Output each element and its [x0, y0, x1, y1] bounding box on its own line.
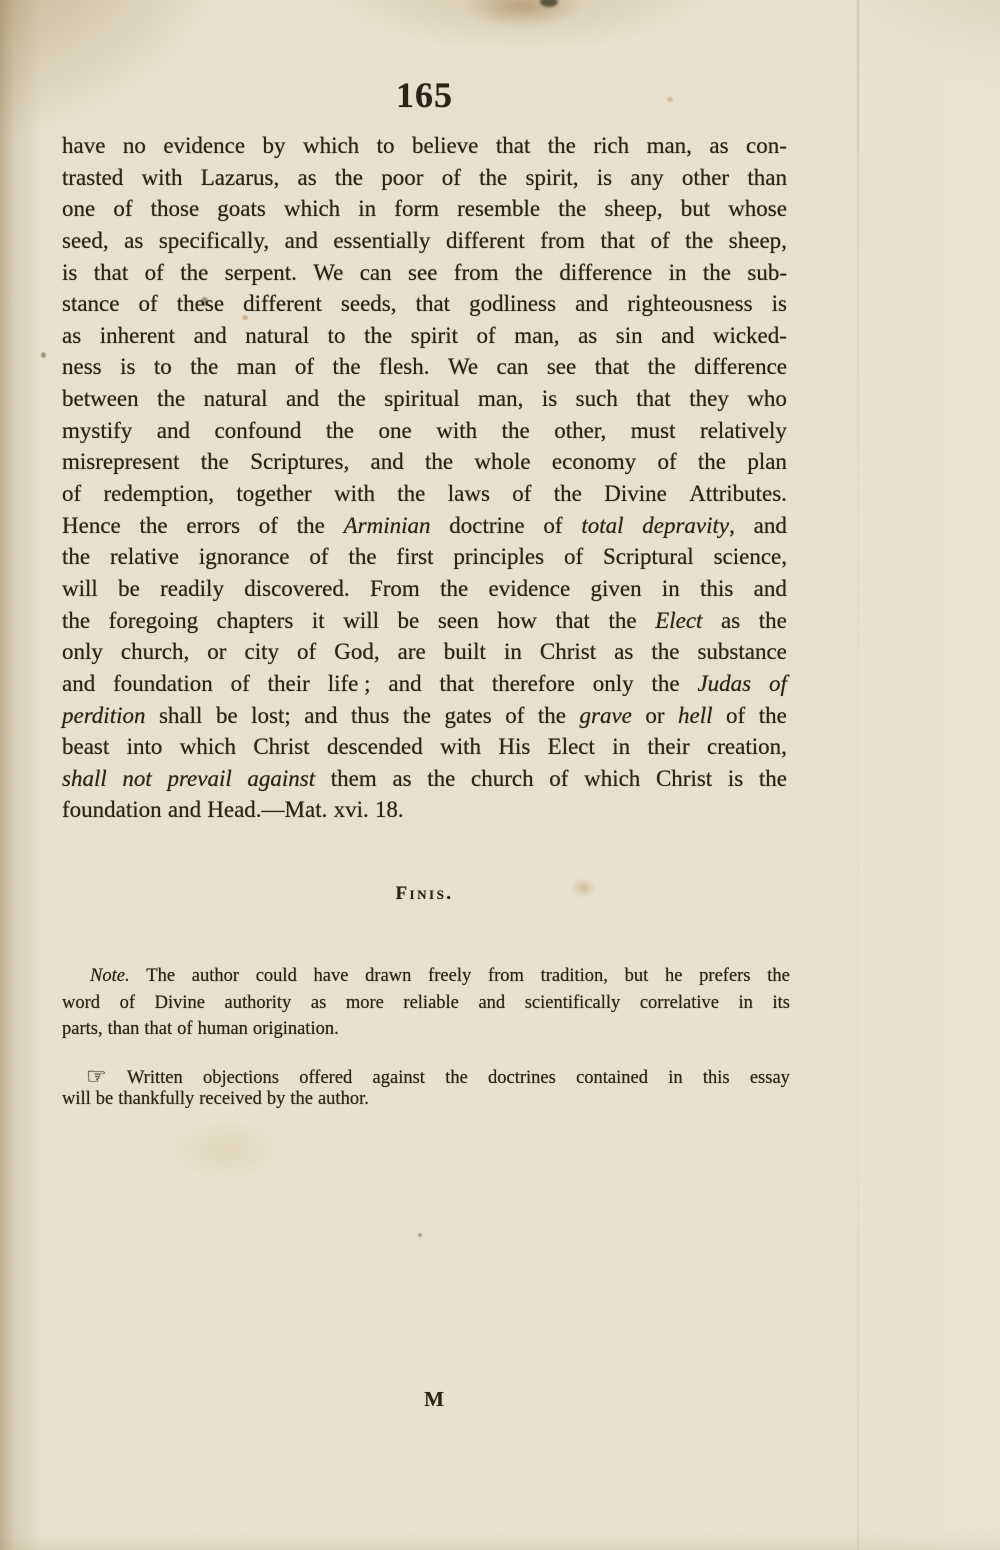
- page-edge-shadow: [857, 0, 859, 1550]
- word: the: [157, 386, 185, 412]
- word: in: [668, 1068, 682, 1089]
- word: Divine: [155, 993, 205, 1014]
- text-line: andfoundationoftheirlife ;andthattherefo…: [62, 671, 787, 703]
- word: of: [120, 993, 135, 1014]
- word: one: [62, 196, 95, 222]
- word: of: [62, 481, 81, 507]
- word: Written: [127, 1068, 183, 1089]
- word: in: [612, 734, 630, 760]
- word: but: [625, 966, 649, 987]
- word: be: [216, 703, 238, 729]
- word: perdition: [62, 703, 145, 729]
- word: total: [581, 513, 623, 539]
- word: of: [564, 544, 583, 570]
- word: laws: [448, 481, 490, 507]
- word: of: [145, 260, 164, 286]
- word: its: [772, 993, 789, 1014]
- objections-paragraph: ☞Writtenobjectionsofferedagainstthedoctr…: [62, 1063, 790, 1115]
- text-line: onlychurch,orcityofGod,arebuiltinChrista…: [62, 639, 787, 671]
- word: the: [609, 608, 637, 634]
- word: essay: [750, 1068, 790, 1089]
- word: of: [650, 228, 669, 254]
- word: prevail: [167, 766, 231, 792]
- word: seen: [438, 608, 479, 634]
- word: church,: [121, 639, 189, 665]
- word: creation,: [707, 734, 787, 760]
- word: word: [62, 993, 100, 1014]
- word: the: [479, 165, 507, 191]
- word: and: [285, 228, 318, 254]
- word: of: [177, 1019, 192, 1040]
- word: contained: [576, 1068, 648, 1089]
- text-line: oneofthosegoatswhichinformresembletheshe…: [62, 196, 787, 228]
- word: believe: [412, 133, 478, 159]
- word: that: [595, 354, 630, 380]
- word: the: [685, 228, 713, 254]
- word: is: [120, 354, 135, 380]
- word: the: [767, 966, 790, 987]
- word: other,: [554, 418, 606, 444]
- word: no: [123, 133, 146, 159]
- word: will: [62, 1089, 91, 1110]
- word: the: [180, 260, 208, 286]
- word: seed,: [62, 228, 109, 254]
- word: Christ: [656, 766, 712, 792]
- word: spirit,: [525, 165, 578, 191]
- word: that: [144, 1019, 172, 1040]
- word: of: [309, 544, 328, 570]
- word: this: [703, 1068, 730, 1089]
- word: sheep,: [729, 228, 787, 254]
- word: the: [440, 576, 468, 602]
- word: any: [630, 165, 663, 191]
- word: is: [62, 260, 77, 286]
- text-line: isthatoftheserpent.Wecanseefromthediffer…: [62, 260, 787, 292]
- word: parts,: [62, 1019, 103, 1040]
- word: 18.: [375, 797, 404, 823]
- word: of: [231, 671, 250, 697]
- word: that: [416, 291, 451, 317]
- word: scientifically: [525, 993, 621, 1014]
- word: together: [236, 481, 311, 507]
- word: origination.: [253, 1019, 339, 1040]
- word: of: [295, 354, 314, 380]
- word: economy: [552, 449, 636, 475]
- text-line: stanceofthesedifferentseeds,thatgodlines…: [62, 291, 787, 323]
- word: the: [190, 354, 218, 380]
- text-line: seed,asspecifically,andessentiallydiffer…: [62, 228, 787, 260]
- word: flesh.: [379, 354, 429, 380]
- word: which: [180, 734, 236, 760]
- word: the: [759, 766, 787, 792]
- word: and: [661, 323, 694, 349]
- word: resemble: [457, 196, 540, 222]
- word: only: [593, 671, 634, 697]
- word: be: [118, 576, 140, 602]
- word: from: [540, 228, 585, 254]
- text-line: ☞Writtenobjectionsofferedagainstthedoctr…: [62, 1063, 790, 1089]
- word: different: [446, 228, 525, 254]
- word: of: [139, 291, 158, 317]
- word: Scriptures,: [250, 449, 349, 475]
- word: in: [739, 993, 753, 1014]
- word: Hence: [62, 513, 121, 539]
- word: can: [496, 354, 528, 380]
- text-line: shallnotprevailagainstthemasthechurchofw…: [62, 766, 787, 798]
- word: the: [502, 418, 530, 444]
- word: against: [247, 766, 315, 792]
- word: difference: [559, 260, 652, 286]
- word: to: [377, 133, 395, 159]
- word: by: [263, 133, 286, 159]
- word: freely: [428, 966, 471, 987]
- word: or: [207, 639, 226, 665]
- word: discovered.: [244, 576, 349, 602]
- word: and: [754, 513, 787, 539]
- word: human: [198, 1019, 248, 1040]
- word: chapters: [217, 608, 294, 634]
- word: life ;: [328, 671, 371, 697]
- word: Attributes.: [689, 481, 787, 507]
- word: different: [243, 291, 322, 317]
- word: the: [698, 449, 726, 475]
- word: as: [392, 766, 411, 792]
- word: the: [554, 481, 582, 507]
- word: is: [542, 386, 557, 412]
- word: given: [591, 576, 642, 602]
- word: the: [332, 354, 360, 380]
- word: and: [370, 449, 403, 475]
- word: the: [445, 1068, 468, 1089]
- text-line: willbereadilydiscovered.Fromtheevidenceg…: [62, 576, 787, 608]
- text-line: beastintowhichChristdescendedwithHisElec…: [62, 734, 787, 766]
- word: as: [62, 323, 81, 349]
- word: Christ: [540, 639, 596, 665]
- word: spiritual: [384, 386, 459, 412]
- word: of: [113, 196, 132, 222]
- word: the: [558, 196, 586, 222]
- word: readily: [160, 576, 224, 602]
- word: serpent.: [225, 260, 297, 286]
- word: the: [425, 449, 453, 475]
- word: essentially: [333, 228, 430, 254]
- word: prefers: [699, 966, 750, 987]
- word: We: [448, 354, 478, 380]
- word: with: [334, 481, 375, 507]
- word: of: [657, 449, 676, 475]
- word: that: [555, 608, 590, 634]
- word: gates: [444, 703, 491, 729]
- word: than: [747, 165, 787, 191]
- word: the: [62, 544, 90, 570]
- word: will: [343, 608, 379, 634]
- text-line: trastedwithLazarus,asthepoorofthespirit,…: [62, 165, 787, 197]
- word: of: [726, 703, 745, 729]
- finis-label: Finis.: [62, 883, 787, 905]
- word: of: [505, 703, 524, 729]
- text-line: asinherentandnaturaltothespiritofman,ass…: [62, 323, 787, 355]
- word: From: [370, 576, 420, 602]
- text-line: theforegoingchaptersitwillbeseenhowthatt…: [62, 608, 787, 640]
- word: or: [645, 703, 664, 729]
- paper-stain: [462, 0, 582, 28]
- word: foregoing: [109, 608, 198, 634]
- word: man,: [478, 386, 523, 412]
- word: the: [515, 260, 543, 286]
- word: God,: [334, 639, 379, 665]
- word: of: [769, 671, 787, 697]
- text-line: ofredemption,togetherwiththelawsoftheDiv…: [62, 481, 787, 513]
- word: thus: [351, 703, 389, 729]
- word: therefore: [492, 671, 575, 697]
- word: Arminian: [344, 513, 431, 539]
- word: as: [298, 165, 317, 191]
- word: that: [496, 133, 531, 159]
- word: more: [346, 993, 384, 1014]
- word: authority: [225, 993, 292, 1014]
- text-line: foundationandHead.—Mat.xvi.18.: [62, 797, 787, 829]
- word: such: [576, 386, 618, 412]
- word: of: [543, 513, 562, 539]
- word: which: [284, 196, 340, 222]
- word: Judas: [697, 671, 751, 697]
- word: in: [662, 576, 680, 602]
- word: natural: [204, 386, 268, 412]
- word: specifically,: [159, 228, 269, 254]
- word: The: [146, 966, 175, 987]
- text-line: parts,thanthatofhumanorigination.: [62, 1019, 790, 1046]
- word: whole: [474, 449, 530, 475]
- word: as: [124, 228, 143, 254]
- word: as: [721, 608, 740, 634]
- word: the: [759, 608, 787, 634]
- word: man: [237, 354, 277, 380]
- manicule-icon: ☞: [86, 1064, 107, 1090]
- word: the: [651, 639, 679, 665]
- body-paragraph: havenoevidencebywhichtobelievethattheric…: [62, 133, 787, 829]
- word: and: [62, 671, 95, 697]
- text-line: betweenthenaturalandthespiritualman,issu…: [62, 386, 787, 418]
- text-line: mystifyandconfoundtheonewiththeother,mus…: [62, 418, 787, 450]
- word: the: [338, 386, 366, 412]
- word: and: [304, 703, 337, 729]
- word: can: [360, 260, 392, 286]
- paper-stain: [170, 1120, 280, 1180]
- word: tradition,: [541, 966, 608, 987]
- word: that: [600, 228, 635, 254]
- word: which: [584, 766, 640, 792]
- word: them: [331, 766, 377, 792]
- word: the: [326, 418, 354, 444]
- word: science,: [714, 544, 787, 570]
- word: drawn: [365, 966, 411, 987]
- word: with: [142, 165, 183, 191]
- word: seeds,: [341, 291, 397, 317]
- text-line: havenoevidencebywhichtobelievethattheric…: [62, 133, 787, 165]
- word: and: [286, 386, 319, 412]
- word: their: [268, 671, 310, 697]
- word: see: [547, 354, 576, 380]
- paper-speck: [418, 1233, 422, 1237]
- word: trasted: [62, 165, 123, 191]
- word: this: [700, 576, 733, 602]
- word: relatively: [700, 418, 787, 444]
- word: the: [297, 513, 325, 539]
- word: with: [440, 734, 481, 760]
- word: they: [689, 386, 729, 412]
- word: shall: [159, 703, 202, 729]
- note-paragraph: Note.Theauthorcouldhavedrawnfreelyfromtr…: [62, 966, 790, 1046]
- word: form: [394, 196, 439, 222]
- word: the: [403, 703, 431, 729]
- word: between: [62, 386, 139, 412]
- word: of: [259, 513, 278, 539]
- word: church: [471, 766, 534, 792]
- word: their: [648, 734, 690, 760]
- word: will: [62, 576, 98, 602]
- word: of: [512, 481, 531, 507]
- word: that: [94, 260, 129, 286]
- text-line: HencetheerrorsoftheArminiandoctrineoftot…: [62, 513, 787, 545]
- word: the: [290, 1089, 313, 1110]
- word: sheep,: [604, 196, 662, 222]
- word: and: [754, 576, 787, 602]
- text-line: perditionshallbelost;andthusthegatesofth…: [62, 703, 787, 735]
- word: difference: [694, 354, 787, 380]
- text-line: wordofDivineauthorityasmorereliableandsc…: [62, 993, 790, 1020]
- word: wicked-: [713, 323, 787, 349]
- word: in: [358, 196, 376, 222]
- word: see: [408, 260, 437, 286]
- word: doctrine: [449, 513, 524, 539]
- word: the: [548, 133, 576, 159]
- word: and: [575, 291, 608, 317]
- word: to: [328, 323, 346, 349]
- word: whose: [728, 196, 787, 222]
- word: shall: [62, 766, 107, 792]
- word: Divine: [604, 481, 667, 507]
- word: author: [192, 966, 239, 987]
- word: from: [488, 966, 524, 987]
- word: the: [201, 449, 229, 475]
- word: and: [194, 323, 227, 349]
- word: by: [267, 1089, 286, 1110]
- word: as: [614, 639, 633, 665]
- page-number: 165: [62, 76, 787, 114]
- word: grave: [580, 703, 632, 729]
- text-line: willbethankfullyreceivedbytheauthor.: [62, 1089, 790, 1115]
- word: xvi.: [334, 797, 369, 823]
- word: objections: [203, 1068, 279, 1089]
- word: foundation: [62, 797, 162, 823]
- paper-stain: [540, 0, 558, 7]
- word: as: [311, 993, 326, 1014]
- word: author.: [318, 1089, 369, 1110]
- word: he: [665, 966, 682, 987]
- word: ignorance: [199, 544, 290, 570]
- word: are: [398, 639, 426, 665]
- word: spirit: [411, 323, 458, 349]
- word: errors: [186, 513, 240, 539]
- word: which: [303, 133, 359, 159]
- word: and: [168, 797, 201, 823]
- word: the: [335, 165, 363, 191]
- word: the: [364, 323, 392, 349]
- word: be: [96, 1089, 113, 1110]
- word: confound: [215, 418, 302, 444]
- word: Christ: [253, 734, 309, 760]
- word: in: [669, 260, 687, 286]
- word: the: [62, 608, 90, 634]
- word: plan: [747, 449, 787, 475]
- word: as: [709, 133, 728, 159]
- word: the: [651, 671, 679, 697]
- word: those: [151, 196, 200, 222]
- word: man,: [514, 323, 559, 349]
- word: natural: [245, 323, 309, 349]
- word: lost;: [251, 703, 291, 729]
- word: goats: [217, 196, 266, 222]
- word: not: [122, 766, 151, 792]
- word: relative: [110, 544, 179, 570]
- word: the: [759, 703, 787, 729]
- word: it: [312, 608, 325, 634]
- word: evidence: [488, 576, 570, 602]
- word: must: [631, 418, 676, 444]
- word: is: [728, 766, 743, 792]
- word: of: [297, 639, 316, 665]
- word: but: [681, 196, 710, 222]
- word: poor: [381, 165, 423, 191]
- word: could: [256, 966, 297, 987]
- word: stance: [62, 291, 119, 317]
- word: the: [397, 481, 425, 507]
- word: as: [578, 323, 597, 349]
- word: against: [373, 1068, 425, 1089]
- word: the: [538, 703, 566, 729]
- word: His: [498, 734, 530, 760]
- word: of: [477, 323, 496, 349]
- word: rich: [593, 133, 629, 159]
- word: evidence: [163, 133, 245, 159]
- word: that: [439, 671, 474, 697]
- word: foundation: [113, 671, 213, 697]
- word: is: [597, 165, 612, 191]
- word: how: [497, 608, 537, 634]
- signature-mark: M: [62, 1387, 807, 1412]
- word: principles: [453, 544, 544, 570]
- text-line: Note.Theauthorcouldhavedrawnfreelyfromtr…: [62, 966, 790, 993]
- word: be: [398, 608, 420, 634]
- text-line: therelativeignoranceofthefirstprinciples…: [62, 544, 787, 576]
- word: sub-: [747, 260, 787, 286]
- word: beast: [62, 734, 109, 760]
- word: city: [244, 639, 279, 665]
- text-line: misrepresenttheScriptures,andthewholeeco…: [62, 449, 787, 481]
- word: that: [636, 386, 671, 412]
- word: only: [62, 639, 103, 665]
- word: man,: [647, 133, 692, 159]
- word: the: [348, 544, 376, 570]
- word: of: [549, 766, 568, 792]
- word: of: [442, 165, 461, 191]
- word: Elect: [655, 608, 702, 634]
- word: redemption,: [104, 481, 215, 507]
- word: mystify: [62, 418, 132, 444]
- word: depravity,: [642, 513, 735, 539]
- word: and: [157, 418, 190, 444]
- book-page: 165 havenoevidencebywhichtobelievethatth…: [0, 0, 1000, 1550]
